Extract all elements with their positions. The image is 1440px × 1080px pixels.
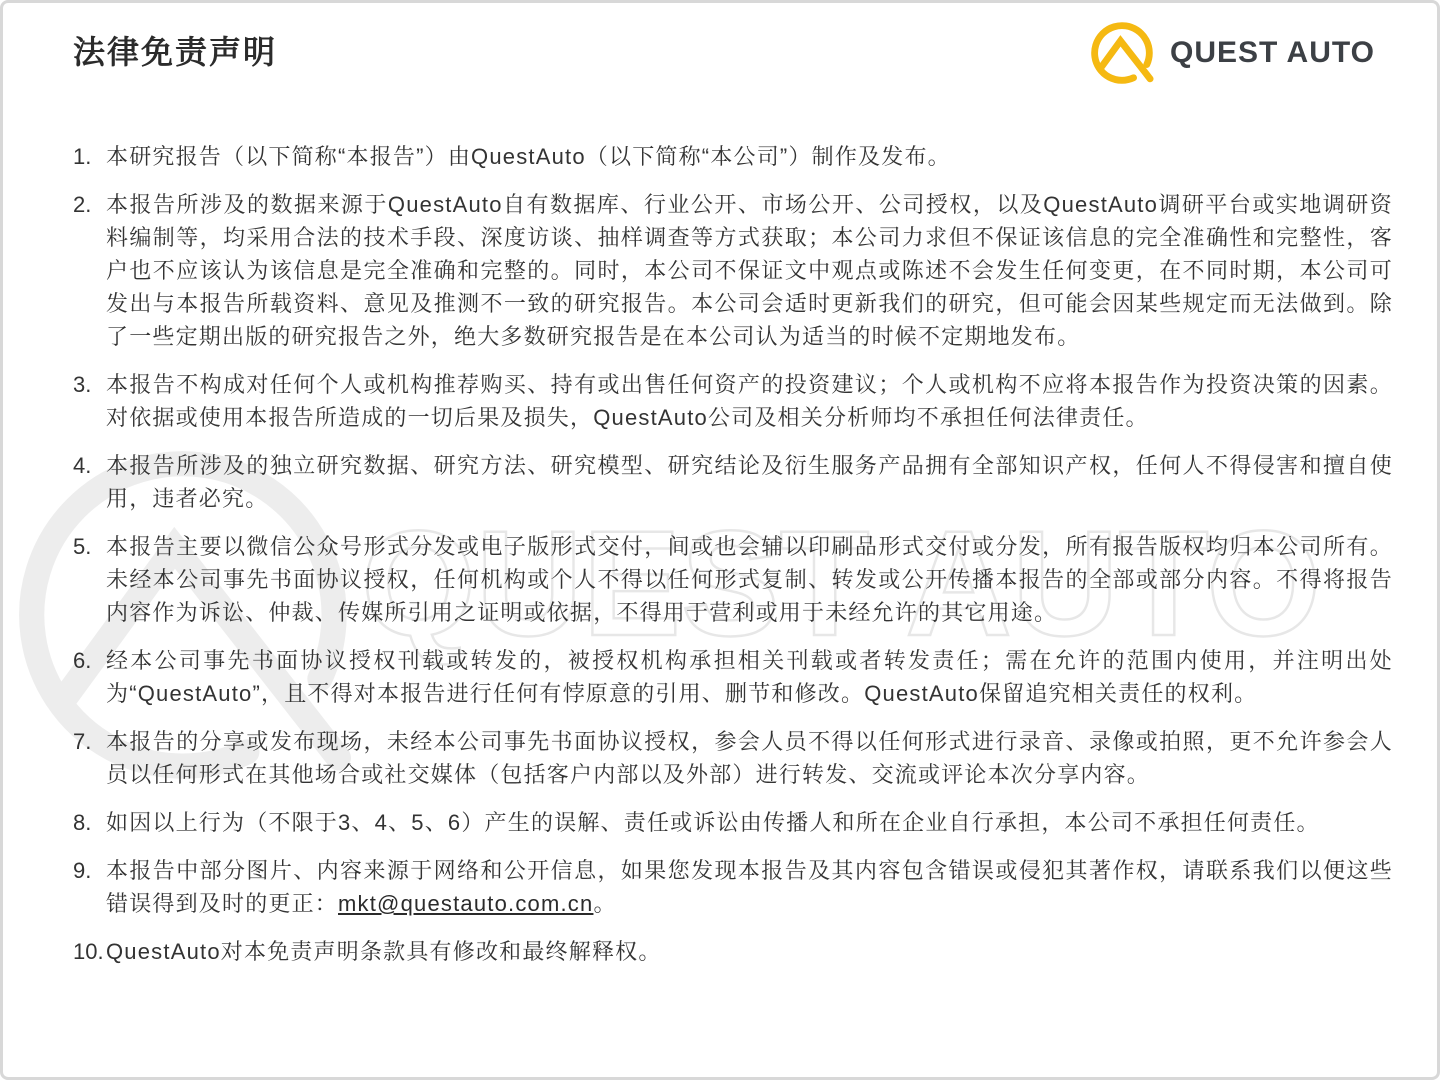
disclaimer-item-1: 1. 本研究报告（以下简称“本报告”）由QuestAuto（以下简称“本公司”）… xyxy=(73,140,1393,173)
disclaimer-item-4: 4. 本报告所涉及的独立研究数据、研究方法、研究模型、研究结论及衍生服务产品拥有… xyxy=(73,449,1393,515)
item-text: 经本公司事先书面协议授权刊载或转发的，被授权机构承担相关刊载或者转发责任；需在允… xyxy=(106,644,1393,710)
item-number: 3. xyxy=(73,368,106,434)
item-number: 2. xyxy=(73,188,106,353)
item-number: 9. xyxy=(73,854,106,920)
disclaimer-item-6: 6. 经本公司事先书面协议授权刊载或转发的，被授权机构承担相关刊载或者转发责任；… xyxy=(73,644,1393,710)
item-text-after-link: 。 xyxy=(593,891,616,916)
disclaimer-page: QUEST AUTO 法律免责声明 QUEST AUTO 1. 本研究报告（以下… xyxy=(0,0,1440,1080)
item-text: 本报告所涉及的数据来源于QuestAuto自有数据库、行业公开、市场公开、公司授… xyxy=(106,188,1393,353)
contact-email-link[interactable]: mkt@questauto.com.cn xyxy=(338,891,593,916)
brand-name: QUEST AUTO xyxy=(1170,36,1375,70)
item-text: 本报告不构成对任何个人或机构推荐购买、持有或出售任何资产的投资建议；个人或机构不… xyxy=(106,368,1393,434)
item-text-before-link: 本报告中部分图片、内容来源于网络和公开信息，如果您发现本报告及其内容包含错误或侵… xyxy=(106,858,1393,916)
page-title: 法律免责声明 xyxy=(73,27,277,73)
disclaimer-item-8: 8. 如因以上行为（不限于3、4、5、6）产生的误解、责任或诉讼由传播人和所在企… xyxy=(73,806,1393,839)
item-number: 4. xyxy=(73,449,106,515)
item-number: 8. xyxy=(73,806,106,839)
questauto-logo-icon xyxy=(1084,15,1160,91)
item-number: 1. xyxy=(73,140,106,173)
disclaimer-item-2: 2. 本报告所涉及的数据来源于QuestAuto自有数据库、行业公开、市场公开、… xyxy=(73,188,1393,353)
item-text: 本报告中部分图片、内容来源于网络和公开信息，如果您发现本报告及其内容包含错误或侵… xyxy=(106,854,1393,920)
item-number: 5. xyxy=(73,530,106,629)
brand-lockup: QUEST AUTO xyxy=(1084,15,1375,91)
item-number: 7. xyxy=(73,725,106,791)
item-number: 10. xyxy=(73,935,106,968)
item-text: 本报告主要以微信公众号形式分发或电子版形式交付，间或也会辅以印刷品形式交付或分发… xyxy=(106,530,1393,629)
disclaimer-item-9: 9. 本报告中部分图片、内容来源于网络和公开信息，如果您发现本报告及其内容包含错… xyxy=(73,854,1393,920)
disclaimer-item-5: 5. 本报告主要以微信公众号形式分发或电子版形式交付，间或也会辅以印刷品形式交付… xyxy=(73,530,1393,629)
disclaimer-item-7: 7. 本报告的分享或发布现场，未经本公司事先书面协议授权，参会人员不得以任何形式… xyxy=(73,725,1393,791)
item-text: 本报告的分享或发布现场，未经本公司事先书面协议授权，参会人员不得以任何形式进行录… xyxy=(106,725,1393,791)
item-text: 本研究报告（以下简称“本报告”）由QuestAuto（以下简称“本公司”）制作及… xyxy=(106,140,1393,173)
item-text: 本报告所涉及的独立研究数据、研究方法、研究模型、研究结论及衍生服务产品拥有全部知… xyxy=(106,449,1393,515)
item-text: 如因以上行为（不限于3、4、5、6）产生的误解、责任或诉讼由传播人和所在企业自行… xyxy=(106,806,1393,839)
disclaimer-item-3: 3. 本报告不构成对任何个人或机构推荐购买、持有或出售任何资产的投资建议；个人或… xyxy=(73,368,1393,434)
item-number: 6. xyxy=(73,644,106,710)
disclaimer-list: 1. 本研究报告（以下简称“本报告”）由QuestAuto（以下简称“本公司”）… xyxy=(73,140,1393,983)
disclaimer-item-10: 10. QuestAuto对本免责声明条款具有修改和最终解释权。 xyxy=(73,935,1393,968)
item-text: QuestAuto对本免责声明条款具有修改和最终解释权。 xyxy=(106,935,1393,968)
